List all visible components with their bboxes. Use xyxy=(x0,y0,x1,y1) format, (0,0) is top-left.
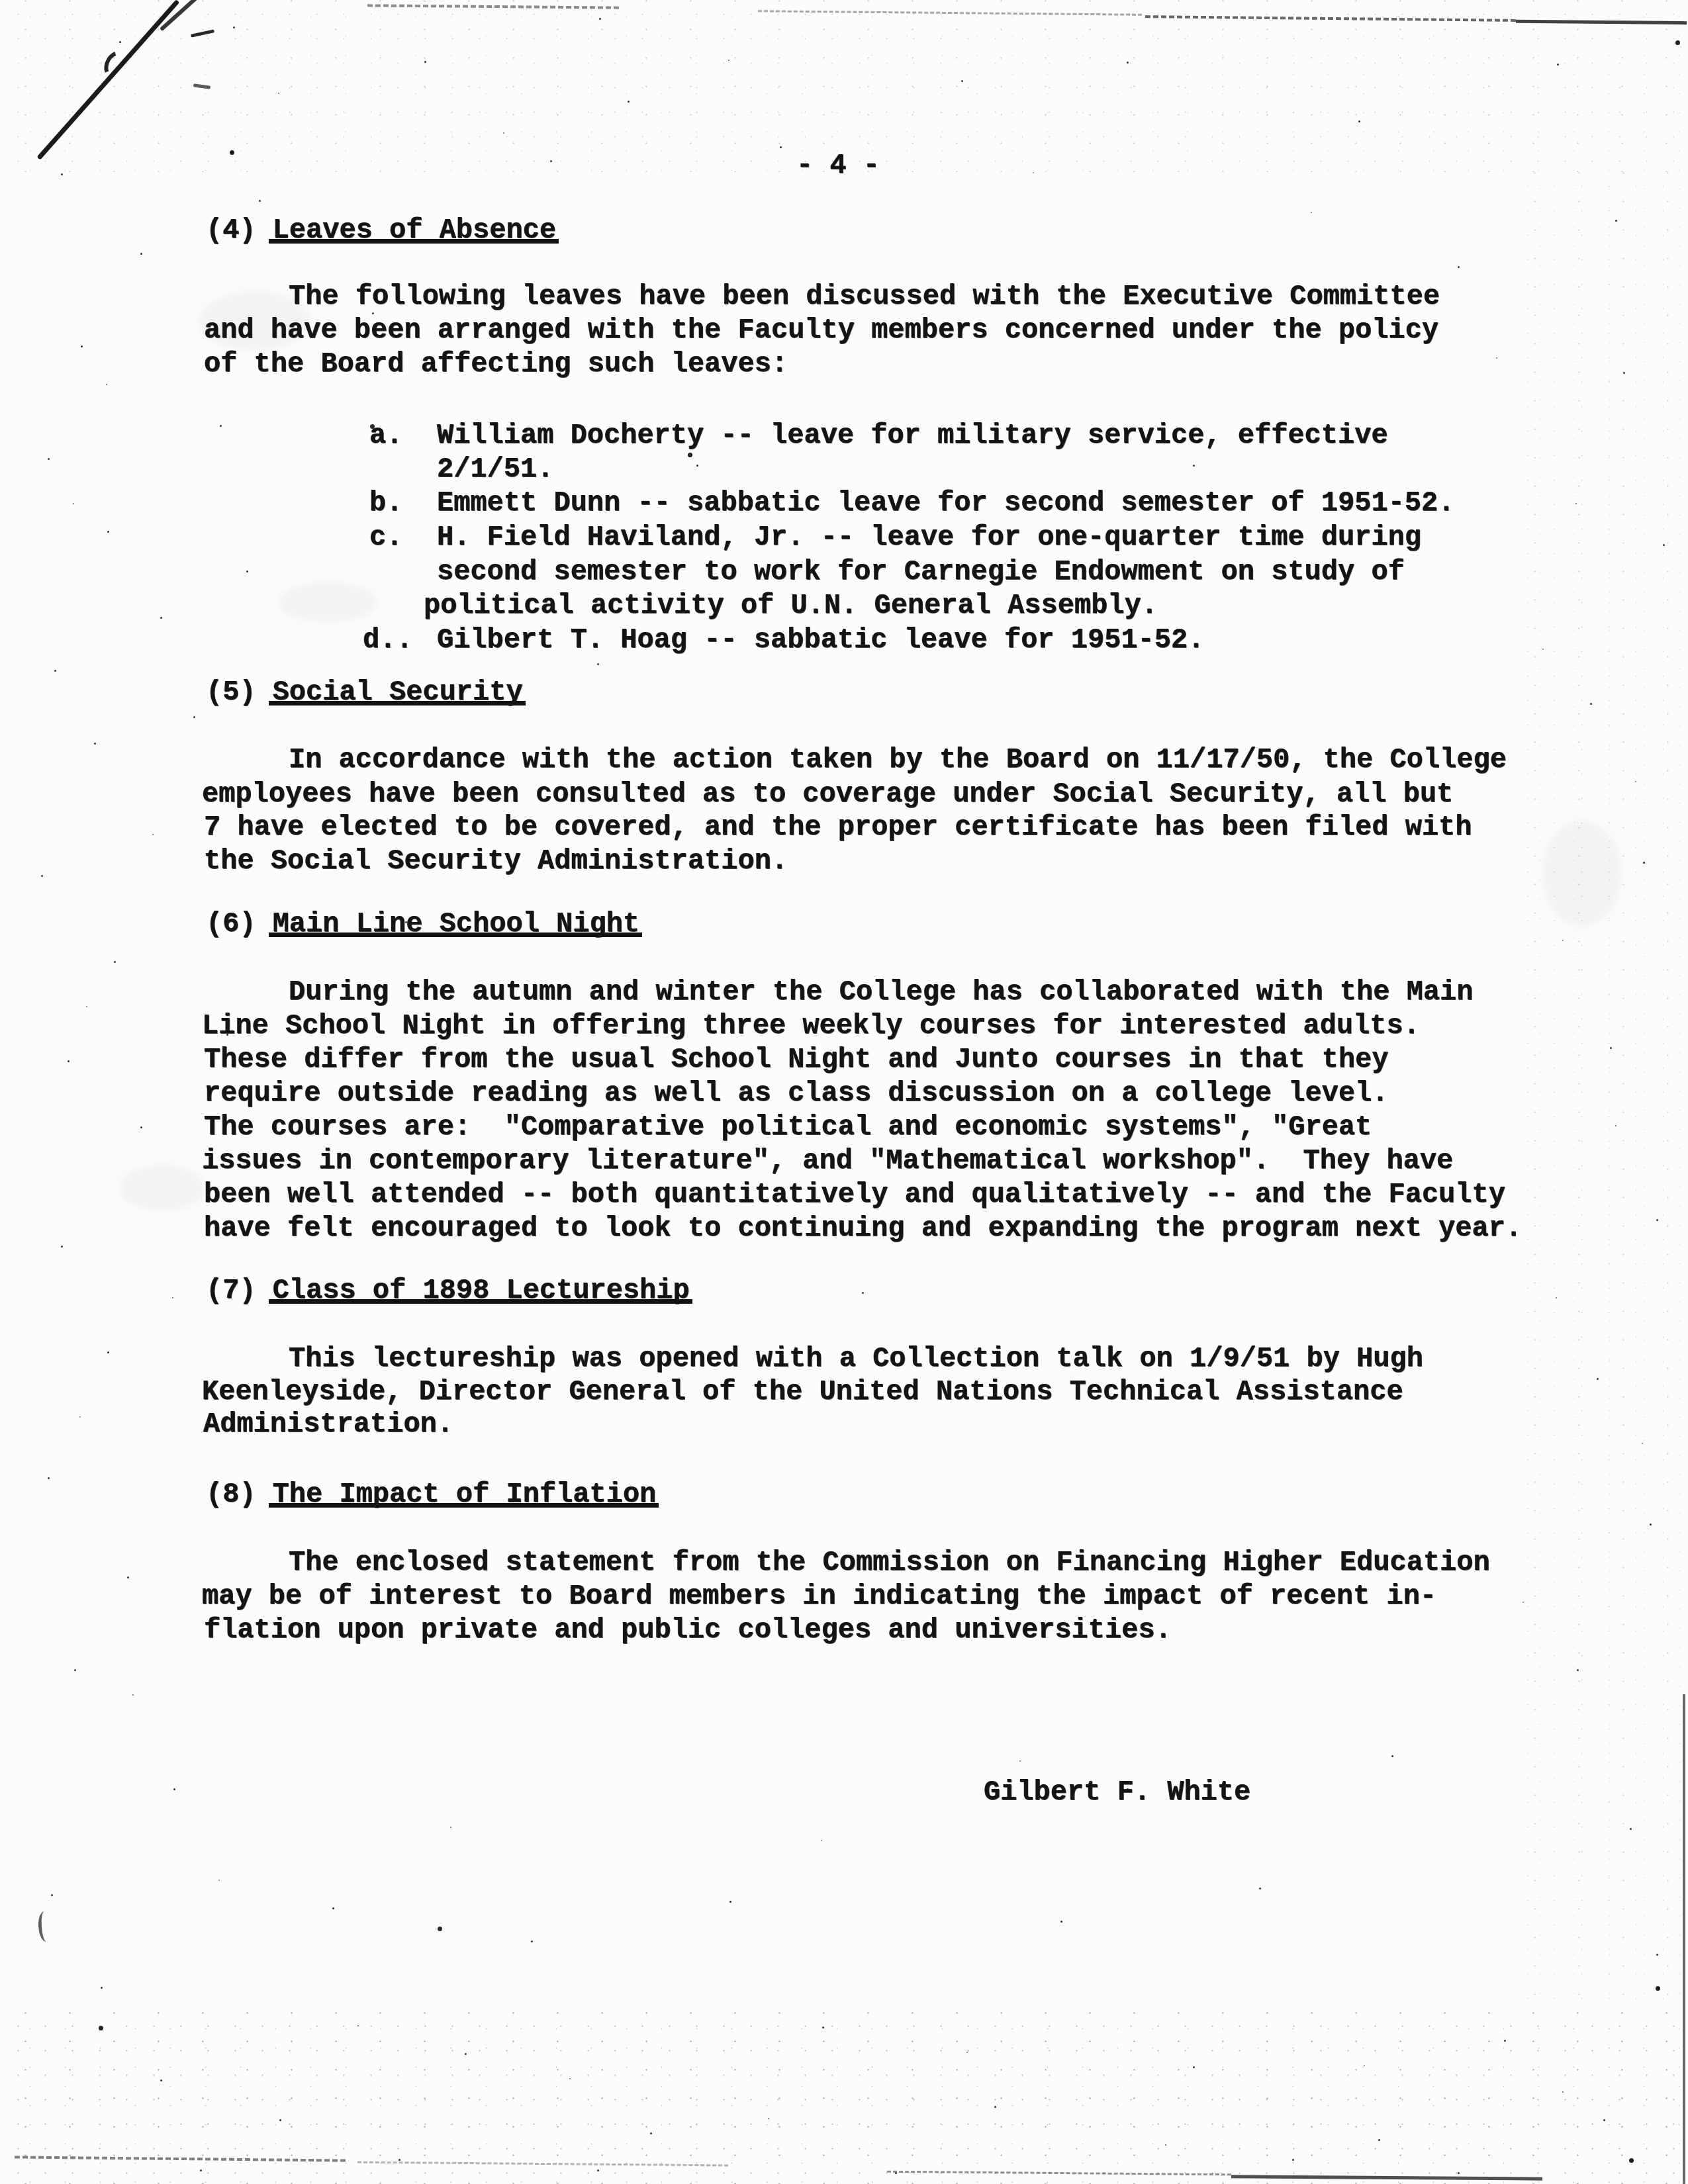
section-heading-5: (5)Social Security xyxy=(206,678,526,706)
typewritten-text: - 4 - (4)Leaves of Absence The following… xyxy=(0,0,1688,2184)
paragraph-line: The enclosed statement from the Commissi… xyxy=(289,1549,1490,1576)
paragraph-line: flation upon private and public colleges… xyxy=(204,1616,1172,1644)
paragraph-line: of the Board affecting such leaves: xyxy=(204,350,788,378)
paragraph-line: The following leaves have been discussed… xyxy=(289,283,1440,310)
paragraph-line: and have been arranged with the Faculty … xyxy=(204,316,1438,344)
list-item-line: political activity of U.N. General Assem… xyxy=(424,592,1158,619)
heading-title: Social Security xyxy=(269,678,526,705)
signature: Gilbert F. White xyxy=(984,1778,1250,1806)
heading-title: Main Line School Night xyxy=(269,910,643,937)
list-marker: b. xyxy=(369,489,402,517)
paragraph-line: Keenleyside, Director General of the Uni… xyxy=(202,1378,1403,1406)
heading-title: Class of 1898 Lectureship xyxy=(269,1277,692,1304)
heading-title: Leaves of Absence xyxy=(269,216,559,244)
list-item-line: Emmett Dunn -- sabbatic leave for second… xyxy=(437,489,1454,517)
list-marker: c. xyxy=(369,523,402,551)
paragraph-line: This lectureship was opened with a Colle… xyxy=(289,1345,1423,1373)
paragraph-line: Line School Night in offering three week… xyxy=(202,1012,1420,1040)
paragraph-line: In accordance with the action taken by t… xyxy=(289,746,1507,774)
section-heading-7: (7)Class of 1898 Lectureship xyxy=(206,1277,692,1304)
heading-number: (8) xyxy=(206,1480,256,1508)
heading-number: (4) xyxy=(206,216,256,244)
paragraph-line: Administration. xyxy=(203,1410,453,1438)
paragraph-line: The courses are: "Comparative political … xyxy=(204,1113,1372,1141)
section-heading-6: (6)Main Line School Night xyxy=(206,910,642,938)
document-page: - 4 - (4)Leaves of Absence The following… xyxy=(0,0,1688,2184)
paragraph-line: issues in contemporary literature", and … xyxy=(202,1147,1453,1175)
list-item-line: William Docherty -- leave for military s… xyxy=(437,422,1388,449)
paragraph-line: have felt encouraged to look to continui… xyxy=(204,1214,1522,1242)
paragraph-line: These differ from the usual School Night… xyxy=(204,1046,1389,1073)
section-heading-4: (4)Leaves of Absence xyxy=(206,216,559,244)
section-heading-8: (8)The Impact of Inflation xyxy=(206,1480,659,1508)
paragraph-line: require outside reading as well as class… xyxy=(204,1079,1389,1107)
list-item-line: second semester to work for Carnegie End… xyxy=(437,558,1405,586)
list-item-line: H. Field Haviland, Jr. -- leave for one-… xyxy=(437,523,1421,551)
list-item-line: Gilbert T. Hoag -- sabbatic leave for 19… xyxy=(437,626,1204,654)
heading-title: The Impact of Inflation xyxy=(269,1480,659,1508)
paragraph-line: 7 have elected to be covered, and the pr… xyxy=(204,813,1472,841)
page-number: - 4 - xyxy=(796,152,880,179)
paragraph-line: During the autumn and winter the College… xyxy=(289,978,1474,1006)
heading-number: (7) xyxy=(206,1277,256,1304)
paragraph-line: may be of interest to Board members in i… xyxy=(202,1582,1436,1610)
paragraph-line: the Social Security Administration. xyxy=(204,847,788,875)
list-item-line: 2/1/51. xyxy=(437,455,553,483)
list-marker: d.. xyxy=(363,626,413,654)
heading-number: (5) xyxy=(206,678,256,706)
paragraph-line: employees have been consulted as to cove… xyxy=(202,780,1453,808)
list-marker: a. xyxy=(369,422,402,449)
heading-number: (6) xyxy=(206,910,256,938)
paragraph-line: been well attended -- both quantitativel… xyxy=(204,1181,1505,1208)
